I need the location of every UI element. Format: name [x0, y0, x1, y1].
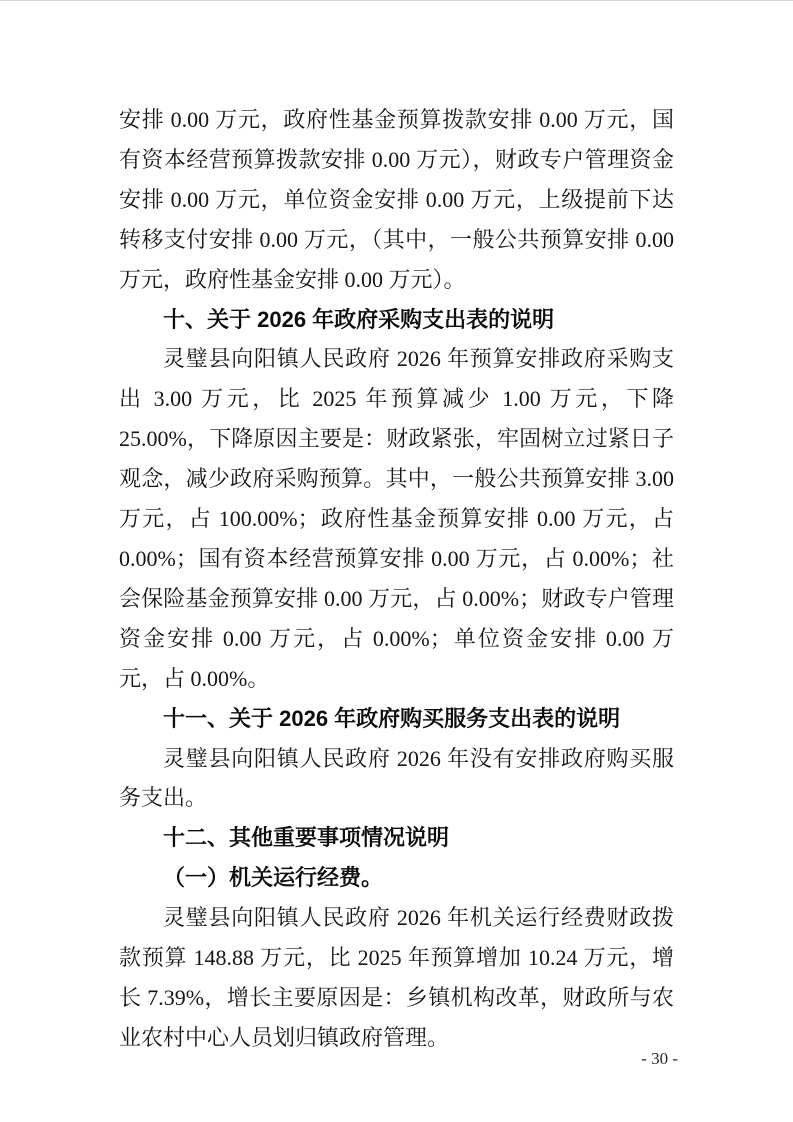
page-number: - 30 -	[641, 1047, 678, 1071]
document-page: 安排 0.00 万元，政府性基金预算拨款安排 0.00 万元，国有资本经营预算拨…	[0, 0, 793, 1122]
section-heading: 十、关于 2026 年政府采购支出表的说明	[119, 300, 674, 340]
section-heading: （一）机关运行经费。	[119, 858, 674, 898]
paragraph: 灵璧县向阳镇人民政府 2026 年预算安排政府采购支出 3.00 万元，比 20…	[119, 339, 674, 698]
paragraph: 灵璧县向阳镇人民政府 2026 年机关运行经费财政拨款预算 148.88 万元，…	[119, 898, 674, 1058]
document-text-area: 安排 0.00 万元，政府性基金预算拨款安排 0.00 万元，国有资本经营预算拨…	[119, 100, 674, 1058]
paragraph: 灵璧县向阳镇人民政府 2026 年没有安排政府购买服务支出。	[119, 739, 674, 819]
section-heading: 十一、关于 2026 年政府购买服务支出表的说明	[119, 699, 674, 739]
paragraph: 安排 0.00 万元，政府性基金预算拨款安排 0.00 万元，国有资本经营预算拨…	[119, 100, 674, 300]
section-heading: 十二、其他重要事项情况说明	[119, 818, 674, 858]
